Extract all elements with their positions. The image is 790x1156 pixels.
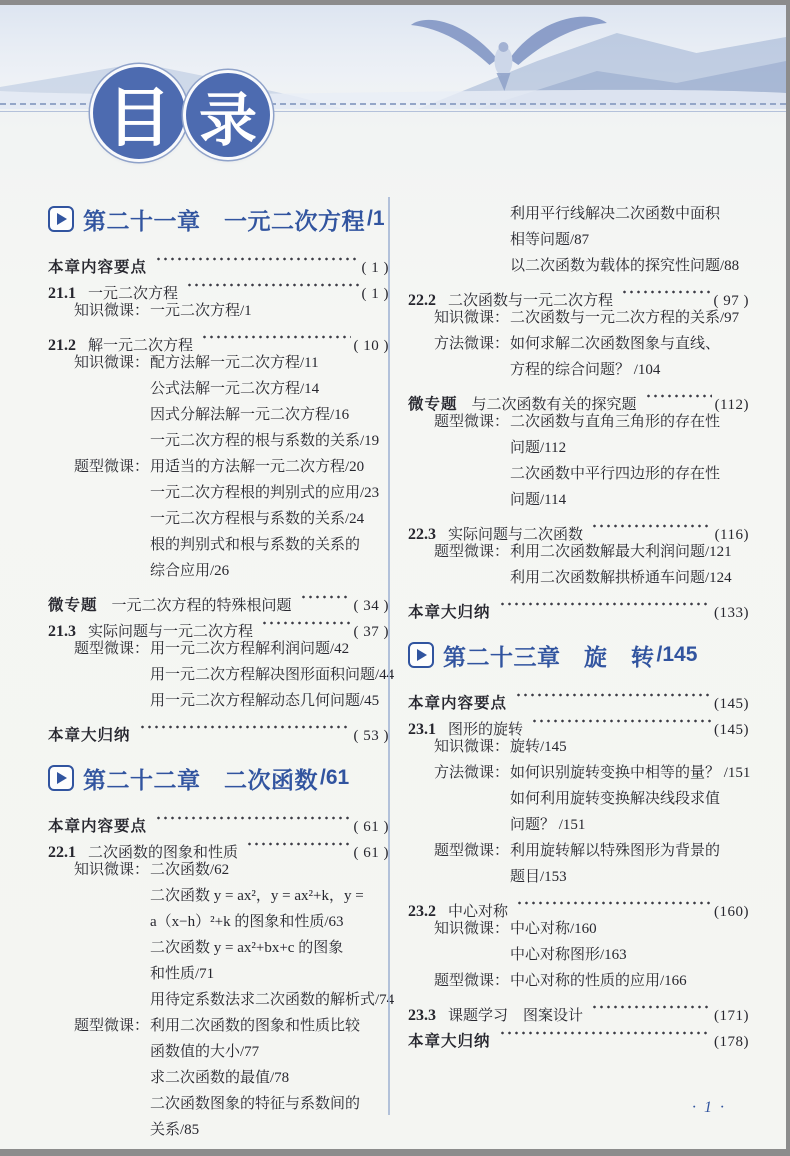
toc-entry: 21.2解一元二次方程( 10 ) bbox=[48, 324, 389, 350]
micro-lecture-text: 旋转/145 bbox=[510, 734, 567, 760]
micro-lecture-text: 二次函数与直角三角形的存在性 bbox=[510, 409, 720, 435]
micro-lecture-label: 题型微课： bbox=[74, 454, 150, 480]
micro-lecture-label: 题型微课： bbox=[434, 409, 510, 435]
continuation-line: 求二次函数的最值/78 bbox=[48, 1065, 389, 1091]
entry-page-number: ( 34 ) bbox=[354, 593, 390, 619]
continuation-line: 利用平行线解决二次函数中面积 bbox=[408, 201, 749, 227]
play-triangle bbox=[417, 649, 427, 661]
micro-lecture-text: 二次函数与一元二次方程的关系/97 bbox=[510, 305, 739, 331]
entry-number: 23.1 bbox=[408, 717, 436, 743]
micro-lecture-entry: 题型微课：利用旋转解以特殊图形为背景的 bbox=[408, 838, 749, 864]
dot-leader bbox=[300, 584, 351, 610]
entry-title: 本章内容要点 bbox=[48, 814, 147, 840]
micro-lecture-entry: 知识微课：旋转/145 bbox=[408, 734, 749, 760]
entry-page-number: (178) bbox=[714, 1029, 749, 1055]
continuation-line: 题目/153 bbox=[408, 864, 749, 890]
continuation-line: 方程的综合问题？ /104 bbox=[408, 357, 749, 383]
chapter-arrow-icon bbox=[408, 642, 434, 668]
chapter-heading: 第二十二章 二次函数/61 bbox=[48, 760, 389, 796]
toc-title-circle-1: 目 bbox=[93, 67, 185, 159]
micro-lecture-label: 题型微课： bbox=[434, 968, 510, 994]
dot-leader bbox=[246, 831, 350, 857]
micro-lecture-label: 题型微课： bbox=[434, 539, 510, 565]
continuation-line: 如何利用旋转变换解决线段求值 bbox=[408, 786, 749, 812]
chapter-arrow-icon bbox=[48, 765, 74, 791]
micro-lecture-entry: 题型微课：利用二次函数解最大利润问题/121 bbox=[408, 539, 749, 565]
micro-lecture-entry: 知识微课：中心对称/160 bbox=[408, 916, 749, 942]
special-topic-label: 微专题 bbox=[48, 593, 98, 619]
continuation-line: 一元二次方程的根与系数的关系/19 bbox=[48, 428, 389, 454]
entry-title: 本章大归纳 bbox=[408, 1029, 491, 1055]
continuation-line: 一元二次方程根与系数的关系/24 bbox=[48, 506, 389, 532]
toc-title-char-2: 录 bbox=[199, 73, 257, 157]
continuation-line: 一元二次方程根的判别式的应用/23 bbox=[48, 480, 389, 506]
chapter-page-number: /61 bbox=[320, 766, 349, 790]
micro-lecture-text: 用适当的方法解一元二次方程/20 bbox=[150, 454, 364, 480]
dot-leader bbox=[261, 610, 350, 636]
entry-page-number: (171) bbox=[714, 1003, 749, 1029]
toc-column-left: 第二十一章 一元二次方程/1本章内容要点( 1 )21.1一元二次方程( 1 )… bbox=[48, 201, 389, 1143]
micro-lecture-text: 利用二次函数的图象和性质比较 bbox=[150, 1013, 360, 1039]
chapter-title: 第二十三章 旋 转 bbox=[443, 639, 655, 672]
toc-title-char-1: 目 bbox=[107, 67, 171, 159]
micro-lecture-label: 知识微课： bbox=[434, 305, 510, 331]
dot-leader bbox=[155, 246, 358, 272]
continuation-line: 二次函数图象的特征与系数间的 bbox=[48, 1091, 389, 1117]
toc-entry: 微专题一元二次方程的特殊根问题( 34 ) bbox=[48, 584, 389, 610]
micro-lecture-label: 知识微课： bbox=[74, 298, 150, 324]
micro-lecture-entry: 知识微课：二次函数与一元二次方程的关系/97 bbox=[408, 305, 749, 331]
entry-page-number: (160) bbox=[714, 899, 749, 925]
toc-entry: 23.2中心对称(160) bbox=[408, 890, 749, 916]
toc-entry: 本章内容要点( 61 ) bbox=[48, 805, 389, 831]
column-divider bbox=[388, 197, 390, 1115]
entry-page-number: ( 1 ) bbox=[362, 281, 390, 307]
entry-number: 22.2 bbox=[408, 288, 436, 314]
entry-page-number: ( 10 ) bbox=[354, 333, 390, 359]
dot-leader bbox=[186, 272, 358, 298]
entry-number: 23.3 bbox=[408, 1003, 436, 1029]
dot-leader bbox=[591, 994, 711, 1020]
entry-page-number: ( 61 ) bbox=[354, 840, 390, 866]
entry-title: 本章大归纳 bbox=[408, 600, 491, 626]
micro-lecture-entry: 知识微课：配方法解一元二次方程/11 bbox=[48, 350, 389, 376]
toc-entry: 微专题与二次函数有关的探究题(112) bbox=[408, 383, 749, 409]
entry-number: 21.2 bbox=[48, 333, 76, 359]
micro-lecture-text: 利用二次函数解最大利润问题/121 bbox=[510, 539, 732, 565]
entry-page-number: ( 1 ) bbox=[362, 255, 390, 281]
micro-lecture-label: 知识微课： bbox=[74, 857, 150, 883]
micro-lecture-entry: 知识微课：二次函数/62 bbox=[48, 857, 389, 883]
continuation-line: 问题/112 bbox=[408, 435, 749, 461]
micro-lecture-text: 用一元二次方程解利润问题/42 bbox=[150, 636, 349, 662]
micro-lecture-label: 题型微课： bbox=[74, 636, 150, 662]
dot-leader bbox=[201, 324, 350, 350]
micro-lecture-entry: 方法微课：如何识别旋转变换中相等的量？ /151 bbox=[408, 760, 749, 786]
dot-leader bbox=[621, 279, 710, 305]
entry-number: 21.3 bbox=[48, 619, 76, 645]
chapter-heading: 第二十三章 旋 转/145 bbox=[408, 637, 749, 673]
entry-page-number: (145) bbox=[714, 691, 749, 717]
toc-entry: 本章大归纳( 53 ) bbox=[48, 714, 389, 740]
continuation-line: 用一元二次方程解决图形面积问题/44 bbox=[48, 662, 389, 688]
continuation-line: 因式分解法解一元二次方程/16 bbox=[48, 402, 389, 428]
continuation-line: 二次函数 y = ax²，y = ax²+k，y = bbox=[48, 883, 389, 909]
continuation-line: 利用二次函数解拱桥通车问题/124 bbox=[408, 565, 749, 591]
micro-lecture-text: 中心对称/160 bbox=[510, 916, 597, 942]
micro-lecture-entry: 题型微课：中心对称的性质的应用/166 bbox=[408, 968, 749, 994]
dot-leader bbox=[645, 383, 712, 409]
entry-page-number: (145) bbox=[714, 717, 749, 743]
continuation-line: 二次函数中平行四边形的存在性 bbox=[408, 461, 749, 487]
micro-lecture-label: 题型微课： bbox=[74, 1013, 150, 1039]
continuation-line: 用待定系数法求二次函数的解析式/74 bbox=[48, 987, 389, 1013]
micro-lecture-entry: 题型微课：二次函数与直角三角形的存在性 bbox=[408, 409, 749, 435]
chapter-arrow-icon bbox=[48, 206, 74, 232]
continuation-line: 相等问题/87 bbox=[408, 227, 749, 253]
micro-lecture-text: 利用旋转解以特殊图形为背景的 bbox=[510, 838, 720, 864]
continuation-line: 二次函数 y = ax²+bx+c 的图象 bbox=[48, 935, 389, 961]
toc-entry: 22.3实际问题与二次函数(116) bbox=[408, 513, 749, 539]
entry-title: 本章大归纳 bbox=[48, 723, 131, 749]
dot-leader bbox=[499, 591, 711, 617]
micro-lecture-entry: 方法微课：如何求解二次函数图象与直线、 bbox=[408, 331, 749, 357]
micro-lecture-text: 二次函数/62 bbox=[150, 857, 229, 883]
continuation-line: 根的判别式和根与系数的关系的 bbox=[48, 532, 389, 558]
micro-lecture-text: 一元二次方程/1 bbox=[150, 298, 252, 324]
play-triangle bbox=[57, 213, 67, 225]
chapter-title: 第二十一章 一元二次方程 bbox=[83, 203, 365, 236]
continuation-line: 和性质/71 bbox=[48, 961, 389, 987]
toc-title-circle-2: 录 bbox=[186, 73, 270, 157]
dot-leader bbox=[531, 708, 711, 734]
dot-leader bbox=[515, 682, 711, 708]
toc-entry: 本章内容要点( 1 ) bbox=[48, 246, 389, 272]
entry-title: 本章内容要点 bbox=[48, 255, 147, 281]
entry-title: 本章内容要点 bbox=[408, 691, 507, 717]
micro-lecture-label: 知识微课： bbox=[434, 916, 510, 942]
chapter-heading: 第二十一章 一元二次方程/1 bbox=[48, 201, 389, 237]
chapter-page-number: /145 bbox=[657, 643, 698, 667]
toc-entry: 23.3课题学习 图案设计(171) bbox=[408, 994, 749, 1020]
continuation-line: 以二次函数为载体的探究性问题/88 bbox=[408, 253, 749, 279]
toc-column-right: 利用平行线解决二次函数中面积相等问题/87以二次函数为载体的探究性问题/8822… bbox=[408, 201, 749, 1046]
continuation-line: 函数值的大小/77 bbox=[48, 1039, 389, 1065]
continuation-line: 公式法解一元二次方程/14 bbox=[48, 376, 389, 402]
continuation-line: 问题/114 bbox=[408, 487, 749, 513]
micro-lecture-entry: 题型微课：用一元二次方程解利润问题/42 bbox=[48, 636, 389, 662]
micro-lecture-label: 知识微课： bbox=[434, 734, 510, 760]
entry-page-number: ( 37 ) bbox=[354, 619, 390, 645]
play-triangle bbox=[57, 772, 67, 784]
toc-entry: 本章内容要点(145) bbox=[408, 682, 749, 708]
dot-leader bbox=[516, 890, 711, 916]
dot-leader bbox=[591, 513, 712, 539]
micro-lecture-text: 中心对称的性质的应用/166 bbox=[510, 968, 687, 994]
micro-lecture-text: 如何识别旋转变换中相等的量？ /151 bbox=[510, 760, 750, 786]
book-page: 目 录 第二十一章 一元二次方程/1本章内容要点( 1 )21.1一元二次方程(… bbox=[0, 5, 786, 1149]
entry-number: 22.3 bbox=[408, 522, 436, 548]
micro-lecture-label: 知识微课： bbox=[74, 350, 150, 376]
chapter-title: 第二十二章 二次函数 bbox=[83, 762, 318, 795]
dot-leader bbox=[155, 805, 350, 831]
chapter-page-number: /1 bbox=[367, 207, 385, 231]
entry-number: 21.1 bbox=[48, 281, 76, 307]
entry-number: 22.1 bbox=[48, 840, 76, 866]
continuation-line: a（x−h）²+k 的图象和性质/63 bbox=[48, 909, 389, 935]
continuation-line: 问题？ /151 bbox=[408, 812, 749, 838]
entry-page-number: ( 53 ) bbox=[354, 723, 390, 749]
micro-lecture-text: 配方法解一元二次方程/11 bbox=[150, 350, 319, 376]
continuation-line: 关系/85 bbox=[48, 1117, 389, 1143]
micro-lecture-entry: 题型微课：利用二次函数的图象和性质比较 bbox=[48, 1013, 389, 1039]
entry-number: 23.2 bbox=[408, 899, 436, 925]
toc-entry: 22.2二次函数与一元二次方程( 97 ) bbox=[408, 279, 749, 305]
entry-page-number: (133) bbox=[714, 600, 749, 626]
continuation-line: 用一元二次方程解动态几何问题/45 bbox=[48, 688, 389, 714]
continuation-line: 综合应用/26 bbox=[48, 558, 389, 584]
dot-leader bbox=[499, 1020, 711, 1046]
micro-lecture-label: 方法微课： bbox=[434, 331, 510, 357]
continuation-line: 中心对称图形/163 bbox=[408, 942, 749, 968]
micro-lecture-entry: 知识微课：一元二次方程/1 bbox=[48, 298, 389, 324]
micro-lecture-label: 题型微课： bbox=[434, 838, 510, 864]
micro-lecture-entry: 题型微课：用适当的方法解一元二次方程/20 bbox=[48, 454, 389, 480]
page-number: · 1 · bbox=[692, 1099, 726, 1117]
dot-leader bbox=[139, 714, 351, 740]
micro-lecture-text: 如何求解二次函数图象与直线、 bbox=[510, 331, 720, 357]
micro-lecture-label: 方法微课： bbox=[434, 760, 510, 786]
entry-page-number: ( 61 ) bbox=[354, 814, 390, 840]
toc-entry: 本章大归纳(133) bbox=[408, 591, 749, 617]
